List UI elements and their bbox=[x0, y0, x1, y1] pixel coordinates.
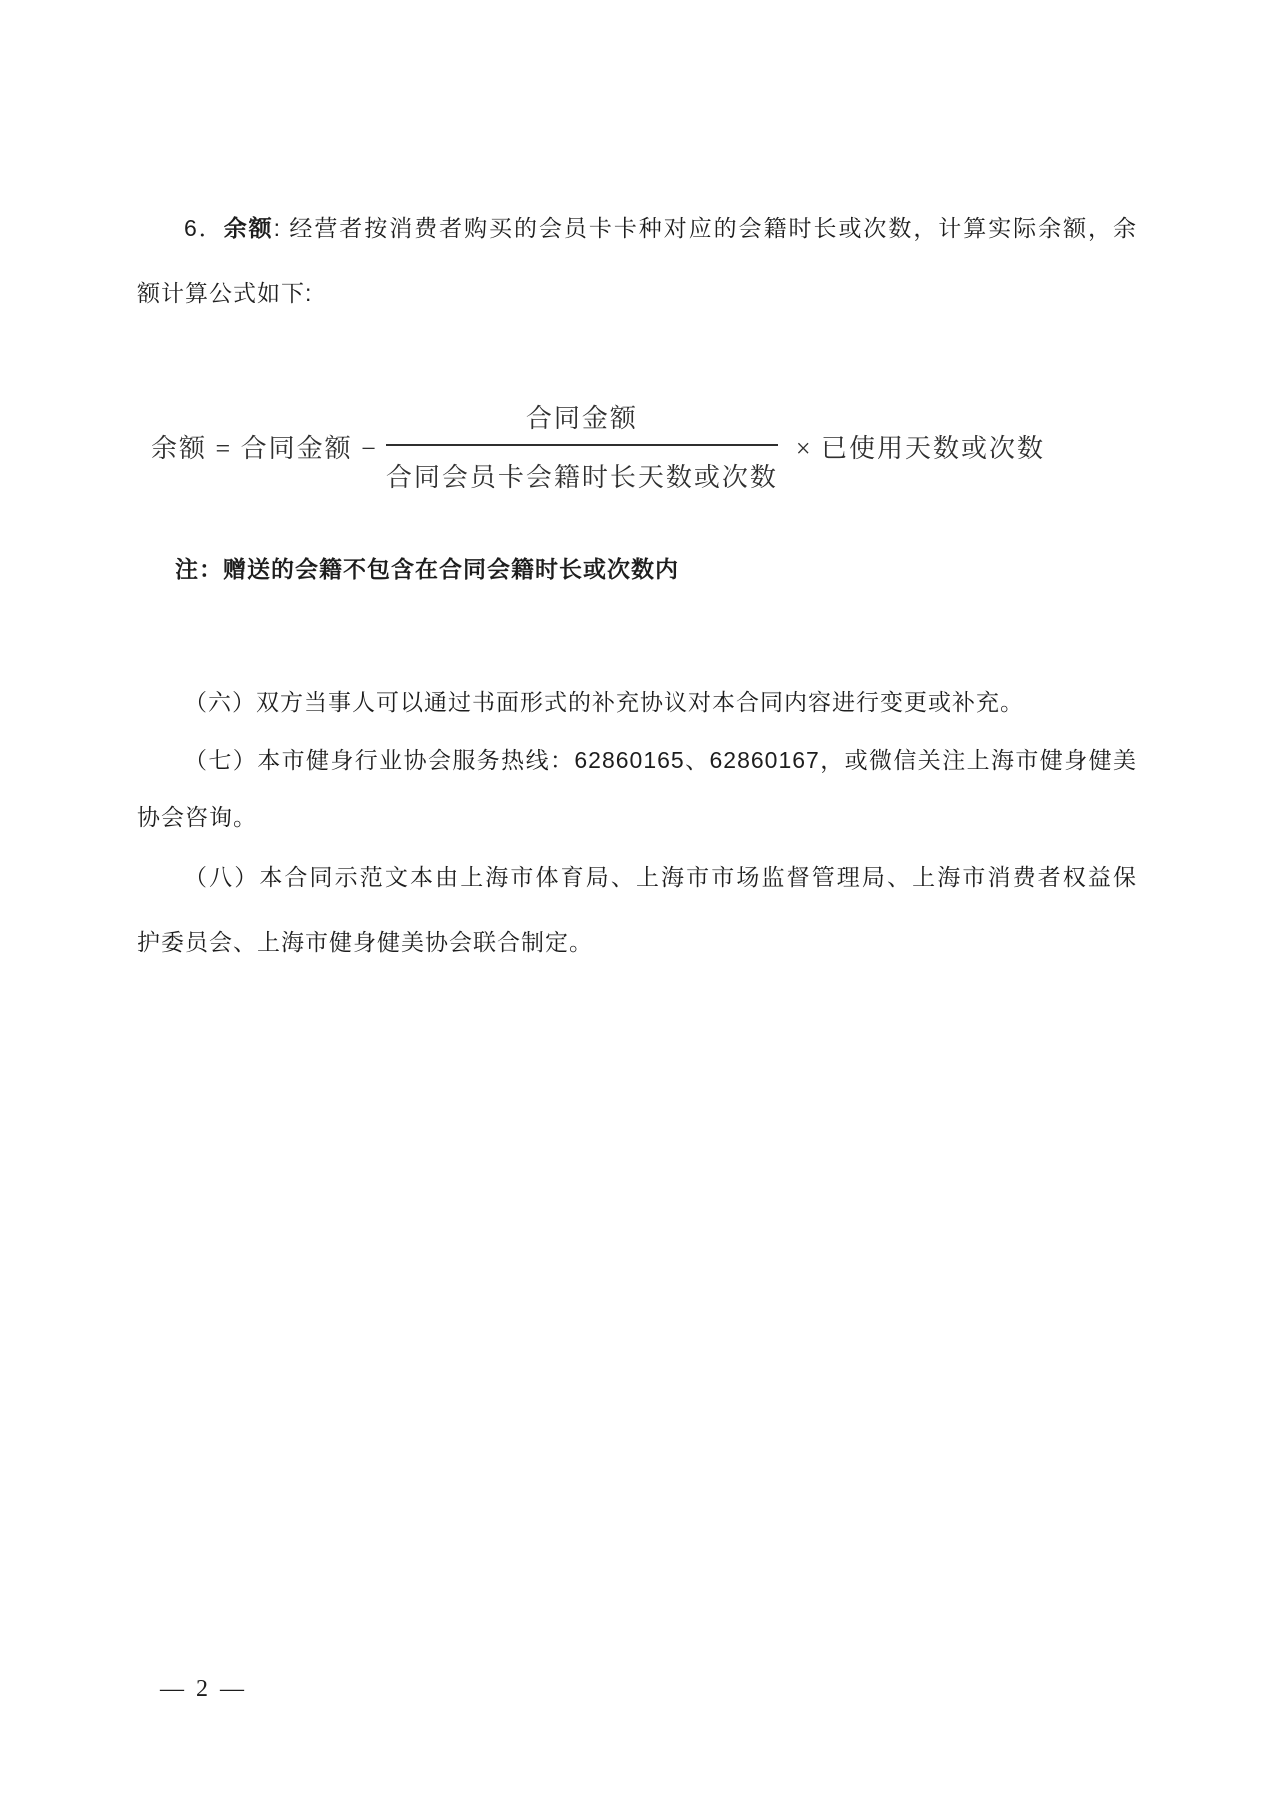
clause-7-line1: （七）本市健身行业协会服务热线：62860165、62860167，或微信关注上… bbox=[137, 744, 1137, 777]
balance-definition-line2: 额计算公式如下: bbox=[137, 277, 1137, 310]
balance-formula: 余额 = 合同金额 − 合同金额 合同会员卡会籍时长天数或次数 × 已使用天数或… bbox=[151, 398, 1045, 494]
formula-left-side: 余额 = 合同金额 − bbox=[151, 428, 378, 465]
balance-term: 余额 bbox=[224, 215, 274, 241]
clause-7-line2: 协会咨询。 bbox=[137, 801, 1137, 834]
formula-note: 注：赠送的会籍不包含在合同会籍时长或次数内 bbox=[137, 553, 1137, 586]
clause-8-line2: 护委员会、上海市健身健美协会联合制定。 bbox=[137, 926, 1137, 959]
page-number: — 2 — bbox=[160, 1676, 247, 1703]
clause-number-6: 6． bbox=[184, 215, 224, 241]
document-body: 6．余额: 经营者按消费者购买的会员卡卡种对应的会籍时长或次数，计算实际余额，余… bbox=[137, 0, 1137, 1810]
formula-note-text: 注：赠送的会籍不包含在合同会籍时长或次数内 bbox=[175, 556, 679, 582]
balance-definition-line1: 6．余额: 经营者按消费者购买的会员卡卡种对应的会籍时长或次数，计算实际余额，余 bbox=[137, 212, 1137, 245]
formula-right-side: × 已使用天数或次数 bbox=[796, 428, 1045, 465]
clause-8-line1: （八）本合同示范文本由上海市体育局、上海市市场监督管理局、上海市消费者权益保 bbox=[137, 861, 1137, 894]
balance-definition-text: : 经营者按消费者购买的会员卡卡种对应的会籍时长或次数，计算实际余额，余 bbox=[274, 215, 1137, 241]
document-page: 6．余额: 经营者按消费者购买的会员卡卡种对应的会籍时长或次数，计算实际余额，余… bbox=[0, 0, 1280, 1810]
formula-fraction: 合同金额 合同会员卡会籍时长天数或次数 bbox=[386, 398, 778, 494]
clause-6-line1: （六）双方当事人可以通过书面形式的补充协议对本合同内容进行变更或补充。 bbox=[137, 686, 1137, 719]
fraction-numerator: 合同金额 bbox=[512, 398, 652, 444]
fraction-denominator: 合同会员卡会籍时长天数或次数 bbox=[386, 446, 778, 494]
